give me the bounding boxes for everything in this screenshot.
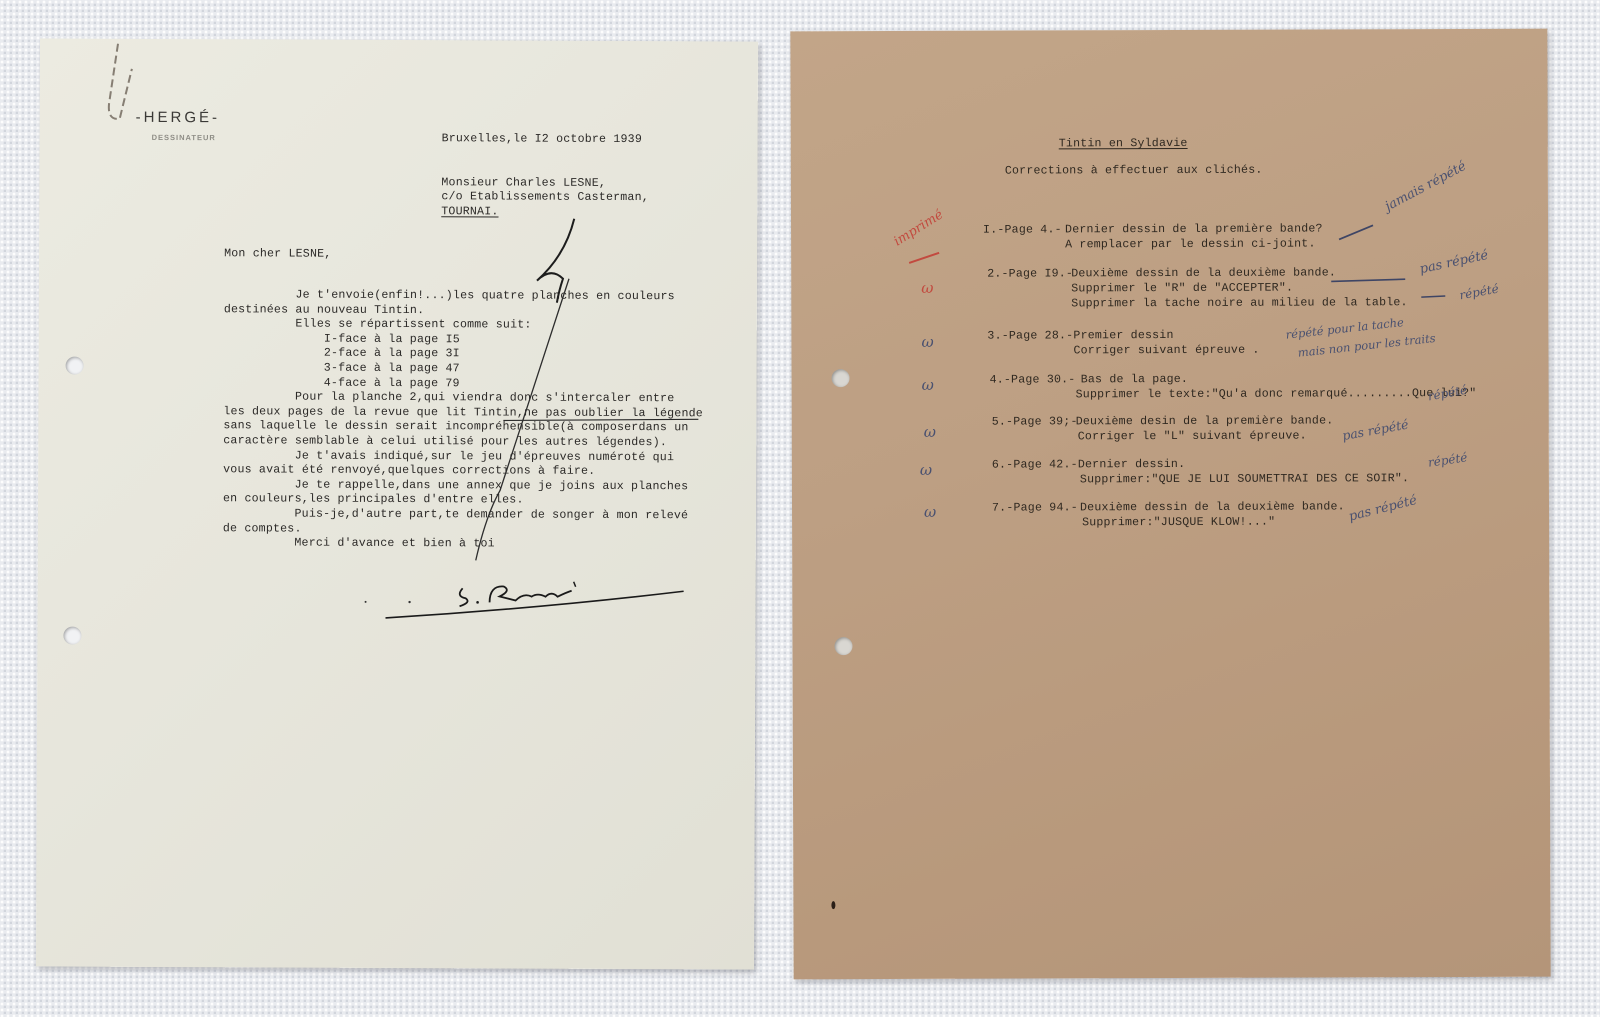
body-line: destinées au nouveau Tintin.	[224, 303, 424, 318]
body-line: en couleurs,les principales d'entre elle…	[223, 493, 524, 509]
recipient-line-2: c/o Etablissements Casterman,	[441, 190, 649, 205]
punch-hole	[63, 627, 81, 645]
item-6-line: Dernier dessin.	[1078, 458, 1185, 473]
ink-spot	[831, 901, 835, 909]
body-line: Elles se répartissent comme suit:	[224, 317, 532, 333]
salutation: Mon cher LESNE,	[224, 247, 331, 262]
check-mark: ω	[921, 279, 933, 297]
item-3-line: Corriger suivant épreuve .	[1073, 344, 1259, 359]
recipient-city: TOURNAI.	[441, 205, 498, 218]
item-3-line: Premier dessin	[1073, 329, 1173, 344]
body-line: vous avait été renvoyé,quelques correcti…	[223, 463, 595, 479]
note-item-2a: pas répété	[1418, 248, 1489, 277]
annex-title: Tintin en Syldavie	[1059, 137, 1188, 152]
annex-subtitle: Corrections à effectuer aux clichés.	[1005, 164, 1263, 179]
item-4-number: 4.-Page 30.-	[990, 373, 1076, 388]
item-6-line: Supprimer:"QUE JE LUI SOUMETTRAI DES CE …	[1080, 472, 1409, 488]
check-mark: ω	[924, 423, 936, 441]
body-line: Merci d'avance et bien à toi	[223, 536, 495, 552]
note-item-1: jamais répété	[1383, 159, 1469, 215]
item-1-number: I.-Page 4.-	[983, 223, 1062, 238]
recipient-line-3: TOURNAI.	[441, 205, 498, 220]
letter-page: -HERGÉ- DESSINATEUR Bruxelles,le I2 octo…	[36, 38, 758, 969]
body-line: 4-face à la page 79	[223, 376, 459, 392]
check-mark: ω	[924, 503, 936, 521]
letterhead-name: -HERGÉ-	[136, 109, 220, 126]
item-4-line: Bas de la page.	[1074, 373, 1189, 388]
item-7-line: Deuxième dessin de la deuxième bande.	[1080, 500, 1345, 516]
check-mark: ω	[921, 333, 933, 351]
item-3-number: 3.-Page 28.-	[987, 329, 1073, 344]
item-2-line: Supprimer le "R" de "ACCEPTER".	[1071, 282, 1293, 297]
note-item-7: pas répété	[1347, 493, 1418, 525]
item-5-number: 5.-Page 39;-	[992, 415, 1078, 430]
margin-note-imprime: imprimé	[891, 207, 946, 249]
body-line: I-face à la page I5	[224, 332, 460, 348]
item-7-line: Supprimer:"JUSQUE KLOW!..."	[1082, 516, 1275, 531]
note-item-5: pas répété	[1341, 416, 1410, 443]
punch-hole	[832, 369, 850, 387]
item-1-line: Dernier dessin de la première bande?	[1065, 222, 1323, 237]
body-line: 2-face à la page 3I	[224, 347, 460, 363]
item-5-line: Corriger le "L" suivant épreuve.	[1078, 430, 1307, 445]
check-mark: ω	[922, 376, 934, 394]
item-7-number: 7.-Page 94.-	[992, 501, 1078, 516]
item-5-line: Deuxième desin de la première bande.	[1076, 414, 1334, 429]
item-2-line: Deuxième dessin de la deuxième bande.	[1071, 266, 1336, 282]
body-line: 3-face à la page 47	[224, 361, 460, 377]
item-2-number: 2.-Page I9.-	[987, 267, 1073, 282]
letterhead-title: DESSINATEUR	[152, 133, 216, 142]
item-4-line: Supprimer le texte:"Qu'a donc remarqué..…	[1076, 387, 1477, 403]
note-item-2b: répété	[1458, 282, 1499, 303]
annex-title-text: Tintin en Syldavie	[1059, 137, 1188, 150]
body-line: de comptes.	[223, 522, 302, 537]
annex-page: Tintin en Syldavie Corrections à effectu…	[790, 29, 1550, 980]
recipient-line-1: Monsieur Charles LESNE,	[441, 176, 606, 191]
letter-date: Bruxelles,le I2 octobre 1939	[442, 132, 642, 147]
punch-hole	[834, 637, 852, 655]
check-mark: ω	[920, 461, 932, 479]
punch-hole	[66, 357, 84, 375]
note-item-6: répété	[1427, 450, 1468, 469]
item-2-line: Supprimer la tache noire au milieu de la…	[1071, 296, 1407, 312]
item-1-line: A remplacer par le dessin ci-joint.	[1065, 237, 1316, 252]
item-6-number: 6.-Page 42.-	[992, 458, 1078, 473]
